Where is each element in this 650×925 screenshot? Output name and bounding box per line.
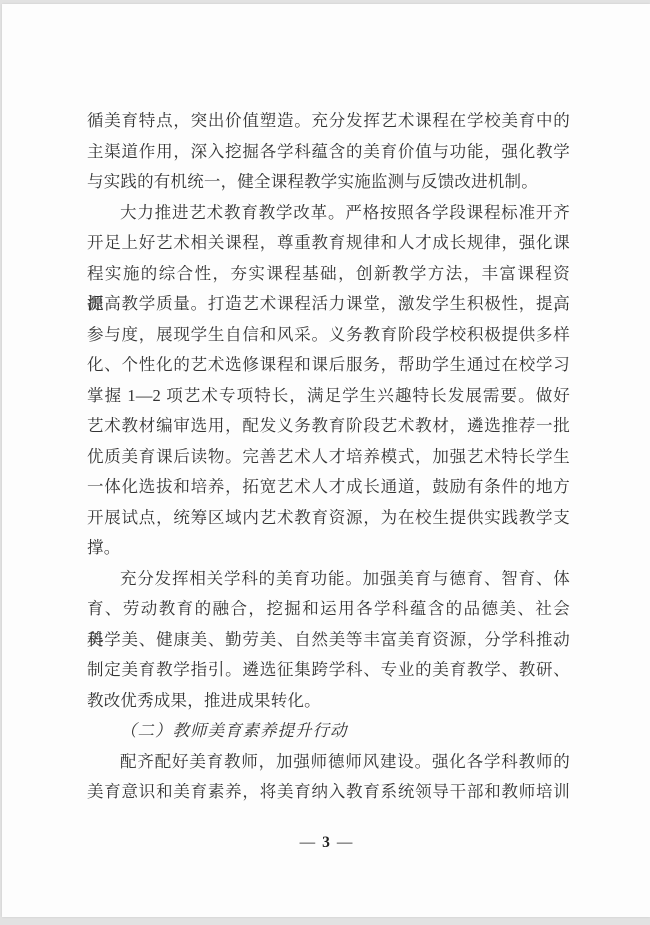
- document-page: 循美育特点，突出价值塑造。充分发挥艺术课程在学校美育中的 主渠道作用，深入挖掘各…: [2, 4, 650, 917]
- screen: { "content": { "paragraphs": [ { "lines"…: [0, 0, 650, 925]
- text-line: 开足上好艺术相关课程，尊重教育规律和人才成长规律，强化课: [87, 228, 570, 259]
- page-number-value: 3: [322, 834, 330, 851]
- page-number-dash: —: [337, 834, 353, 851]
- text-line: 程实施的综合性，夯实课程基础，创新教学方法，丰富课程资源，: [87, 259, 570, 290]
- text-line: 参与度，展现学生自信和风采。义务教育阶段学校积极提供多样: [87, 320, 570, 351]
- paragraph: 循美育特点，突出价值塑造。充分发挥艺术课程在学校美育中的 主渠道作用，深入挖掘各…: [87, 106, 570, 198]
- text-line: 循美育特点，突出价值塑造。充分发挥艺术课程在学校美育中的: [87, 106, 570, 137]
- text-line: 撑。: [87, 533, 570, 564]
- text-line: 制定美育教学指引。遴选征集跨学科、专业的美育教学、教研、: [87, 655, 570, 686]
- page-number-dash: —: [300, 834, 316, 851]
- text-line: 主渠道作用，深入挖掘各学科蕴含的美育价值与功能，强化教学: [87, 137, 570, 168]
- text-line: 与实践的有机统一，健全课程教学实施监测与反馈改进机制。: [87, 167, 570, 198]
- paragraph: 配齐配好美育教师，加强师德师风建设。强化各学科教师的 美育意识和美育素养，将美育…: [87, 747, 570, 808]
- text-line: 开展试点，统筹区域内艺术教育资源，为在校生提供实践教学支: [87, 503, 570, 534]
- section-heading: （二）教师美育素养提升行动: [87, 716, 570, 747]
- page-number: —3—: [2, 834, 650, 852]
- text-line: 优质美育课后读物。完善艺术人才培养模式，加强艺术特长学生: [87, 442, 570, 473]
- paragraph: 大力推进艺术教育教学改革。严格按照各学段课程标准开齐 开足上好艺术相关课程，尊重…: [87, 198, 570, 564]
- text-line: 育、劳动教育的融合，挖掘和运用各学科蕴含的品德美、社会美、: [87, 594, 570, 625]
- text-line: 科学美、健康美、勤劳美、自然美等丰富美育资源，分学科推动: [87, 625, 570, 656]
- text-line: 一体化选拔和培养，拓宽艺术人才成长通道，鼓励有条件的地方: [87, 472, 570, 503]
- paragraph: 充分发挥相关学科的美育功能。加强美育与德育、智育、体 育、劳动教育的融合，挖掘和…: [87, 564, 570, 717]
- text-line: 掌握 1—2 项艺术专项特长，满足学生兴趣特长发展需要。做好: [87, 381, 570, 412]
- page-content: 循美育特点，突出价值塑造。充分发挥艺术课程在学校美育中的 主渠道作用，深入挖掘各…: [87, 106, 570, 808]
- text-line: 化、个性化的艺术选修课程和课后服务，帮助学生通过在校学习: [87, 350, 570, 381]
- text-line: 教改优秀成果，推进成果转化。: [87, 686, 570, 717]
- section: （二）教师美育素养提升行动: [87, 716, 570, 747]
- text-line: 充分发挥相关学科的美育功能。加强美育与德育、智育、体: [87, 564, 570, 595]
- text-line: 提高教学质量。打造艺术课程活力课堂，激发学生积极性，提高: [87, 289, 570, 320]
- text-line: 大力推进艺术教育教学改革。严格按照各学段课程标准开齐: [87, 198, 570, 229]
- text-line: 配齐配好美育教师，加强师德师风建设。强化各学科教师的: [87, 747, 570, 778]
- text-line: 艺术教材编审选用，配发义务教育阶段艺术教材，遴选推荐一批: [87, 411, 570, 442]
- text-line: 美育意识和美育素养，将美育纳入教育系统领导干部和教师培训: [87, 777, 570, 808]
